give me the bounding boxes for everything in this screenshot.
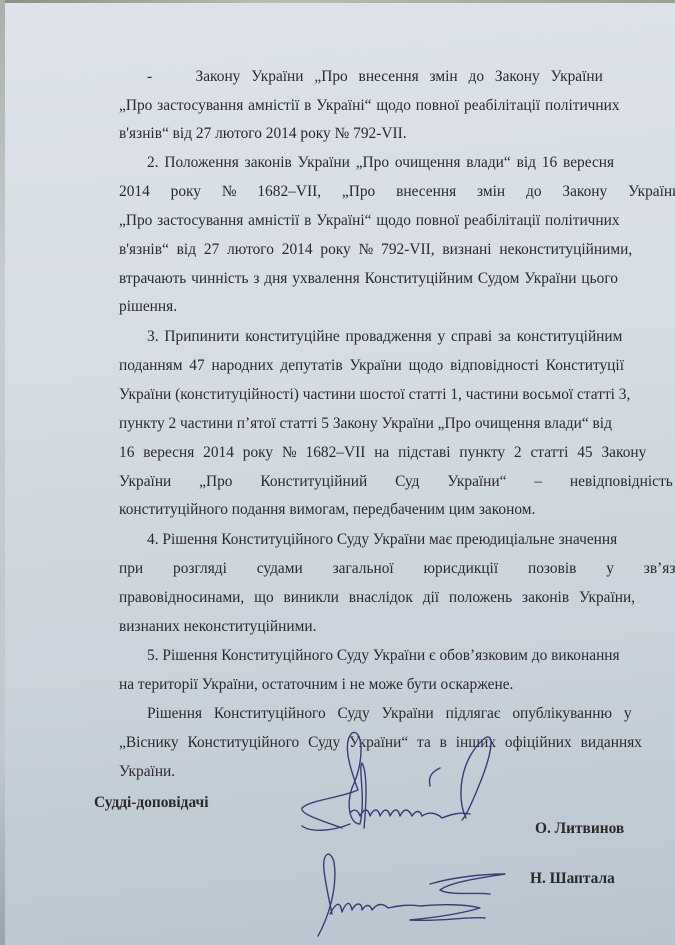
text-line: визнаних неконституційними. [119,617,316,637]
text-line: 2. Положення законів України „Про очищен… [147,153,614,173]
text-line: поданням 47 народних депутатів України щ… [119,356,624,376]
text-line: втрачають чинність з дня ухвалення Конст… [119,269,618,289]
text-line: України. [119,762,175,782]
text-line: 16 вересня 2014 року № 1682–VII на підст… [119,443,646,463]
judge-name-shaptala: Н. Шаптала [530,869,615,889]
text-line: при розгляді судами загальної юрисдикції… [119,559,675,579]
text-line: 3. Припинити конституційне провадження у… [147,327,622,347]
text-line: конституційного подання вимогам, передба… [119,500,535,520]
judge-name-lytvynov: О. Литвинов [535,819,624,839]
text-line: правовідносинами, що виникли внаслідок д… [119,588,635,608]
document-page: - Закону України „Про внесення змін до З… [0,0,675,945]
text-line: України (конституційності) частини шосто… [119,385,630,405]
text-line: в'язнів“ від 27 лютого 2014 року № 792-V… [119,124,407,144]
text-line: України „Про Конституційний Суд України“… [119,472,673,492]
text-line: в'язнів“ від 27 лютого 2014 року № 792-V… [119,240,632,260]
text-line: „Про застосування амністії в Україні“ що… [119,96,667,116]
text-line: 4. Рішення Конституційного Суду України … [147,530,617,550]
signature-shaptala [300,848,540,938]
text-line: 5. Рішення Конституційного Суду України … [147,646,620,666]
text-line: 2014 року № 1682–VII, „Про внесення змін… [119,182,675,202]
text-line: на території України, остаточним і не мо… [119,675,513,695]
text-line: - Закону України „Про внесення змін до З… [147,67,667,87]
text-line: „Про застосування амністії в Україні“ що… [119,211,620,231]
text-line: Рішення Конституційного Суду України під… [147,704,632,724]
signatories-label: Судді-доповідачі [94,793,209,813]
text-line: пункту 2 частини п’ятої статті 5 Закону … [119,414,612,434]
signature-lytvynov [280,728,520,848]
text-line: рішення. [119,297,177,317]
